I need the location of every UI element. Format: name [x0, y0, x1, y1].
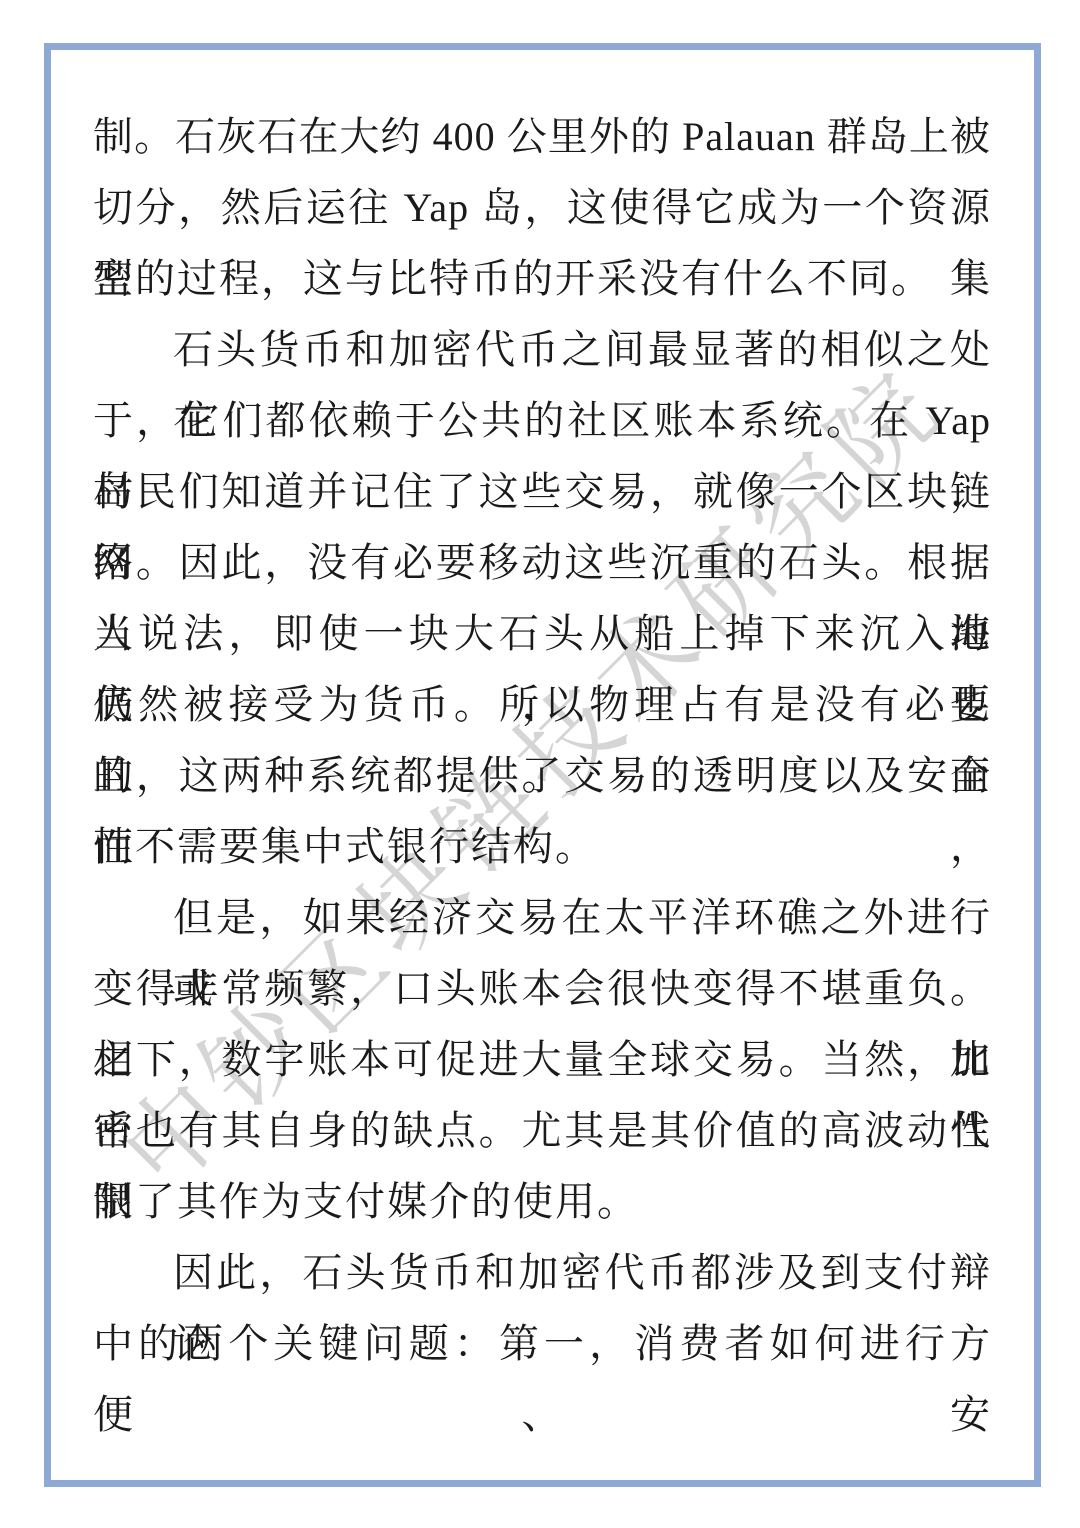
text-line: 于，它们都依赖于公共的社区账本系统。在 Yap 岛，: [93, 385, 991, 456]
text-line: 仍然被接受为货币。所以物理占有是没有必要的。而: [93, 669, 991, 740]
text-line: 之下，数字账本可促进大量全球交易。当然，加密代: [93, 1024, 991, 1095]
body-text: 制。石灰石在大约 400 公里外的 Palauan 群岛上被 切分，然后运往 Y…: [93, 101, 991, 1379]
text-line: 变得非常频繁，口头账本会很快变得不堪重负。相比: [93, 953, 991, 1024]
text-line: 制。石灰石在大约 400 公里外的 Palauan 群岛上被: [93, 101, 991, 172]
text-line: 石头货币和加密代币之间最显著的相似之处在: [93, 314, 991, 385]
text-line: 人说法，即使一块大石头从船上掉下来沉入海底，也: [93, 598, 991, 669]
text-line: 因此，石头货币和加密代币都涉及到支付辩论: [93, 1237, 991, 1308]
text-line: 络。因此，没有必要移动这些沉重的石头。根据当地: [93, 527, 991, 598]
document-page: 中钞区块链技术研究院 制。石灰石在大约 400 公里外的 Palauan 群岛上…: [0, 0, 1080, 1528]
text-line: 币也有其自身的缺点。尤其是其价值的高波动性限: [93, 1095, 991, 1166]
text-line: 村民们知道并记住了这些交易，就像一个区块链网: [93, 456, 991, 527]
text-line: 制了其作为支付媒介的使用。: [93, 1166, 991, 1237]
text-line: 型的过程，这与比特币的开采没有什么不同。: [93, 243, 991, 314]
text-line: 但是，如果经济交易在太平洋环礁之外进行或: [93, 882, 991, 953]
text-line: 中的两个关键问题：第一，消费者如何进行方便、安: [93, 1308, 991, 1379]
text-line: 且，这两种系统都提供了交易的透明度以及安全性，: [93, 740, 991, 811]
text-line: 切分，然后运往 Yap 岛，这使得它成为一个资源密集: [93, 172, 991, 243]
